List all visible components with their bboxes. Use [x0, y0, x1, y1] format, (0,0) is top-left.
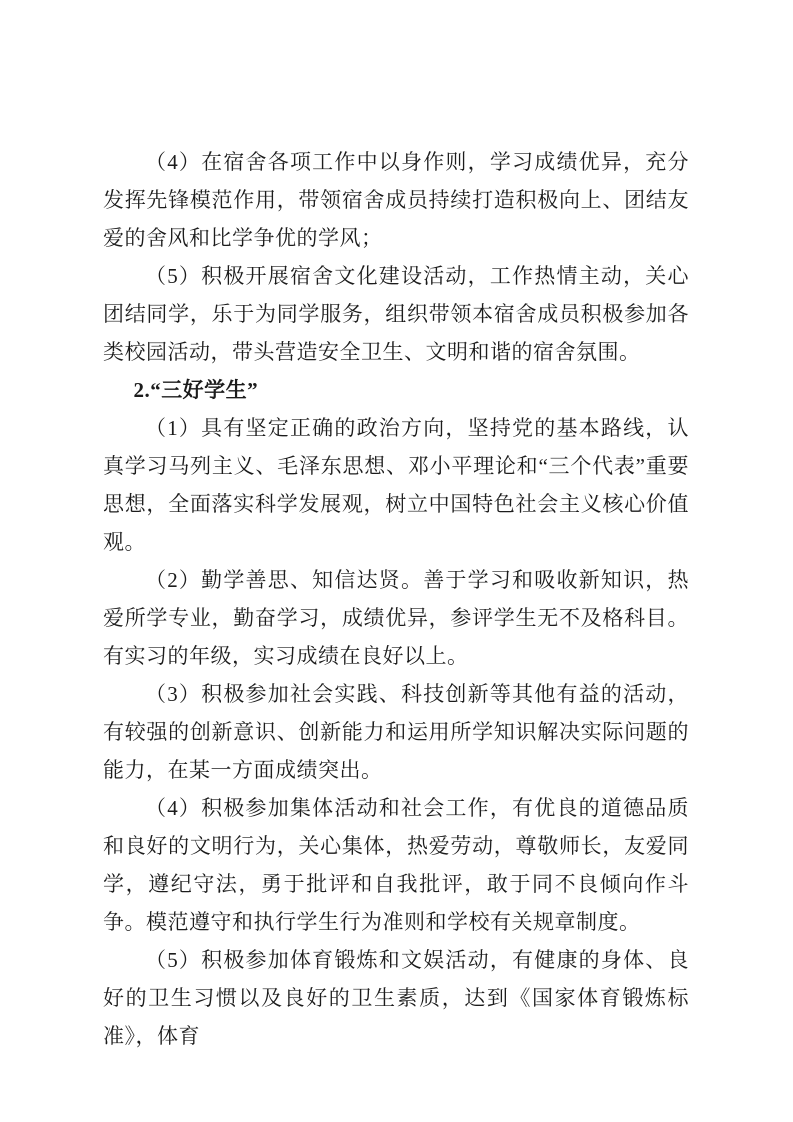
paragraph-dorm-criterion-5: （5）积极开展宿舍文化建设活动，工作热情主动，关心团结同学，乐于为同学服务，组织…: [103, 257, 689, 371]
document-page: （4）在宿舍各项工作中以身作则，学习成绩优异，充分发挥先锋模范作用，带领宿舍成员…: [0, 0, 793, 1122]
paragraph-criterion-2: （2）勤学善思、知信达贤。善于学习和吸收新知识，热爱所学专业，勤奋学习，成绩优异…: [103, 561, 689, 675]
paragraph-criterion-4: （4）积极参加集体活动和社会工作，有优良的道德品质和良好的文明行为，关心集体，热…: [103, 789, 689, 941]
paragraph-dorm-criterion-4: （4）在宿舍各项工作中以身作则，学习成绩优异，充分发挥先锋模范作用，带领宿舍成员…: [103, 143, 689, 257]
paragraph-criterion-3: （3）积极参加社会实践、科技创新等其他有益的活动，有较强的创新意识、创新能力和运…: [103, 675, 689, 789]
document-text-block: （4）在宿舍各项工作中以身作则，学习成绩优异，充分发挥先锋模范作用，带领宿舍成员…: [103, 143, 689, 1055]
paragraph-criterion-1: （1）具有坚定正确的政治方向，坚持党的基本路线，认真学习马列主义、毛泽东思想、邓…: [103, 409, 689, 561]
section-heading-three-good-student: 2.“三好学生”: [103, 371, 689, 409]
paragraph-criterion-5: （5）积极参加体育锻炼和文娱活动，有健康的身体、良好的卫生习惯以及良好的卫生素质…: [103, 941, 689, 1055]
